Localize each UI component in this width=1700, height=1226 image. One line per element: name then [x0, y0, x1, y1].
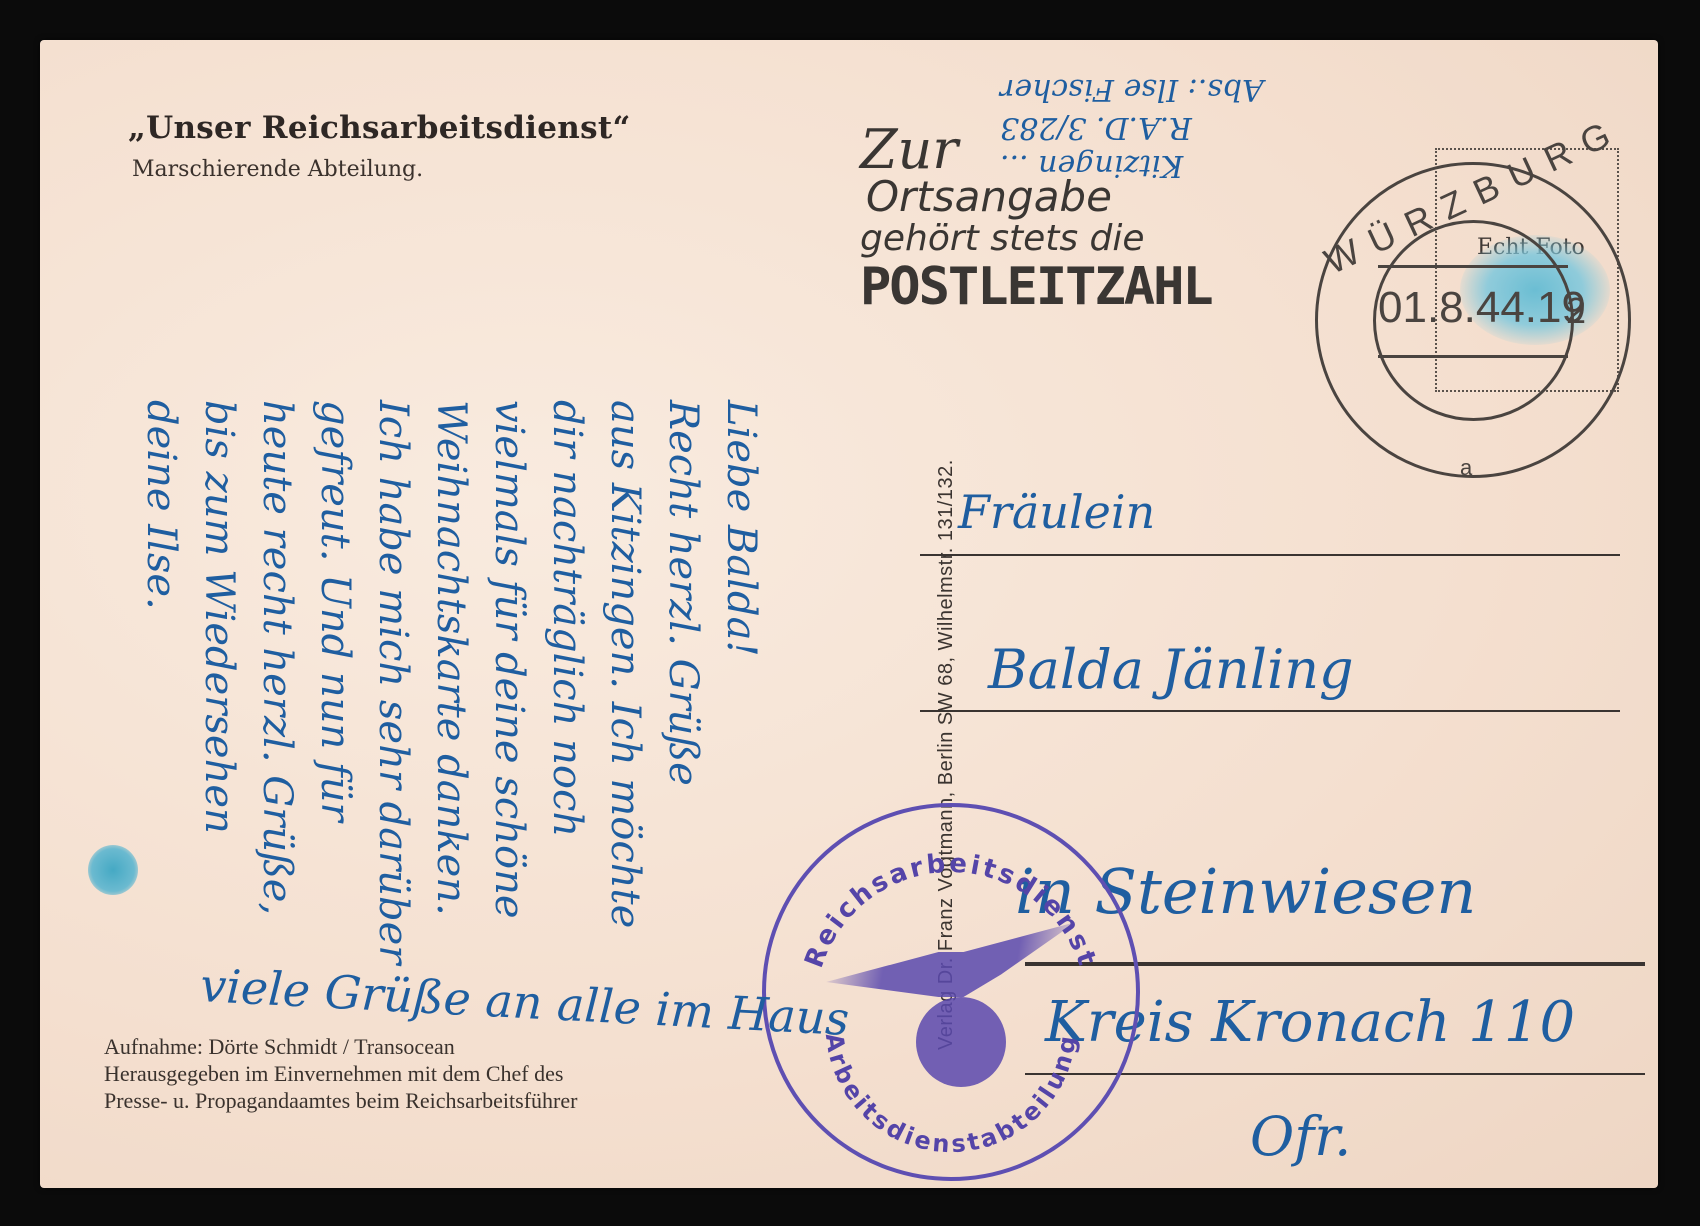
- message-line: dir nachträglich noch: [538, 400, 596, 1000]
- message-line: gefreut. Und nun für: [306, 400, 364, 1000]
- message-line: aus Kitzingen. Ich möchte: [596, 400, 654, 1000]
- postmark-date: 01.8.44.19: [1378, 283, 1586, 333]
- address-line: Ofr.: [1250, 1105, 1351, 1168]
- address-line: Fräulein: [958, 485, 1155, 539]
- card-title: „Unser Reichsarbeitsdienst“: [128, 110, 631, 146]
- message-line: deine Ilse.: [132, 400, 190, 1000]
- message-line: Ich habe mich sehr darüber: [364, 400, 422, 1000]
- postmark-district: 2: [1566, 290, 1586, 332]
- message-line: heute recht herzl. Grüße,: [248, 400, 306, 1000]
- card-subtitle: Marschierende Abteilung.: [132, 157, 423, 182]
- postmark-code: a: [1460, 455, 1472, 481]
- message-line: bis zum Wiedersehen: [190, 400, 248, 1000]
- photo-credits: Aufnahme: Dörte Schmidt / Transocean Her…: [104, 1033, 577, 1114]
- credit-line: Aufnahme: Dörte Schmidt / Transocean: [104, 1033, 577, 1060]
- address-rule: [920, 554, 1620, 556]
- credit-line: Presse- u. Propagandaamtes beim Reichsar…: [104, 1087, 577, 1114]
- ink-blot: [88, 845, 138, 895]
- postcard: „Unser Reichsarbeitsdienst“ Marschierend…: [40, 40, 1658, 1188]
- credit-line: Herausgegeben im Einvernehmen mit dem Ch…: [104, 1060, 577, 1087]
- slogan-line: gehört stets die: [860, 219, 1212, 259]
- address-line: Balda Jänling: [988, 638, 1354, 701]
- message-body: Liebe Balda! Recht herzl. Grüße aus Kitz…: [132, 400, 770, 1000]
- postmark: WÜRZBURG 01.8.44.19 2 a: [1315, 162, 1631, 478]
- slogan-line: POSTLEITZAHL: [860, 259, 1212, 315]
- seal-emblem: [916, 997, 1006, 1087]
- message-salutation: Liebe Balda!: [712, 400, 770, 1000]
- sender-address: Kitzingen ... R.A.D. 3/283 Abs.: Ilse Fi…: [1000, 70, 1300, 184]
- message-line: Weihnachtskarte danken.: [422, 400, 480, 1000]
- message-line: vielmals für deine schöne: [480, 400, 538, 1000]
- message-line: Recht herzl. Grüße: [654, 400, 712, 1000]
- address-rule: [920, 710, 1620, 712]
